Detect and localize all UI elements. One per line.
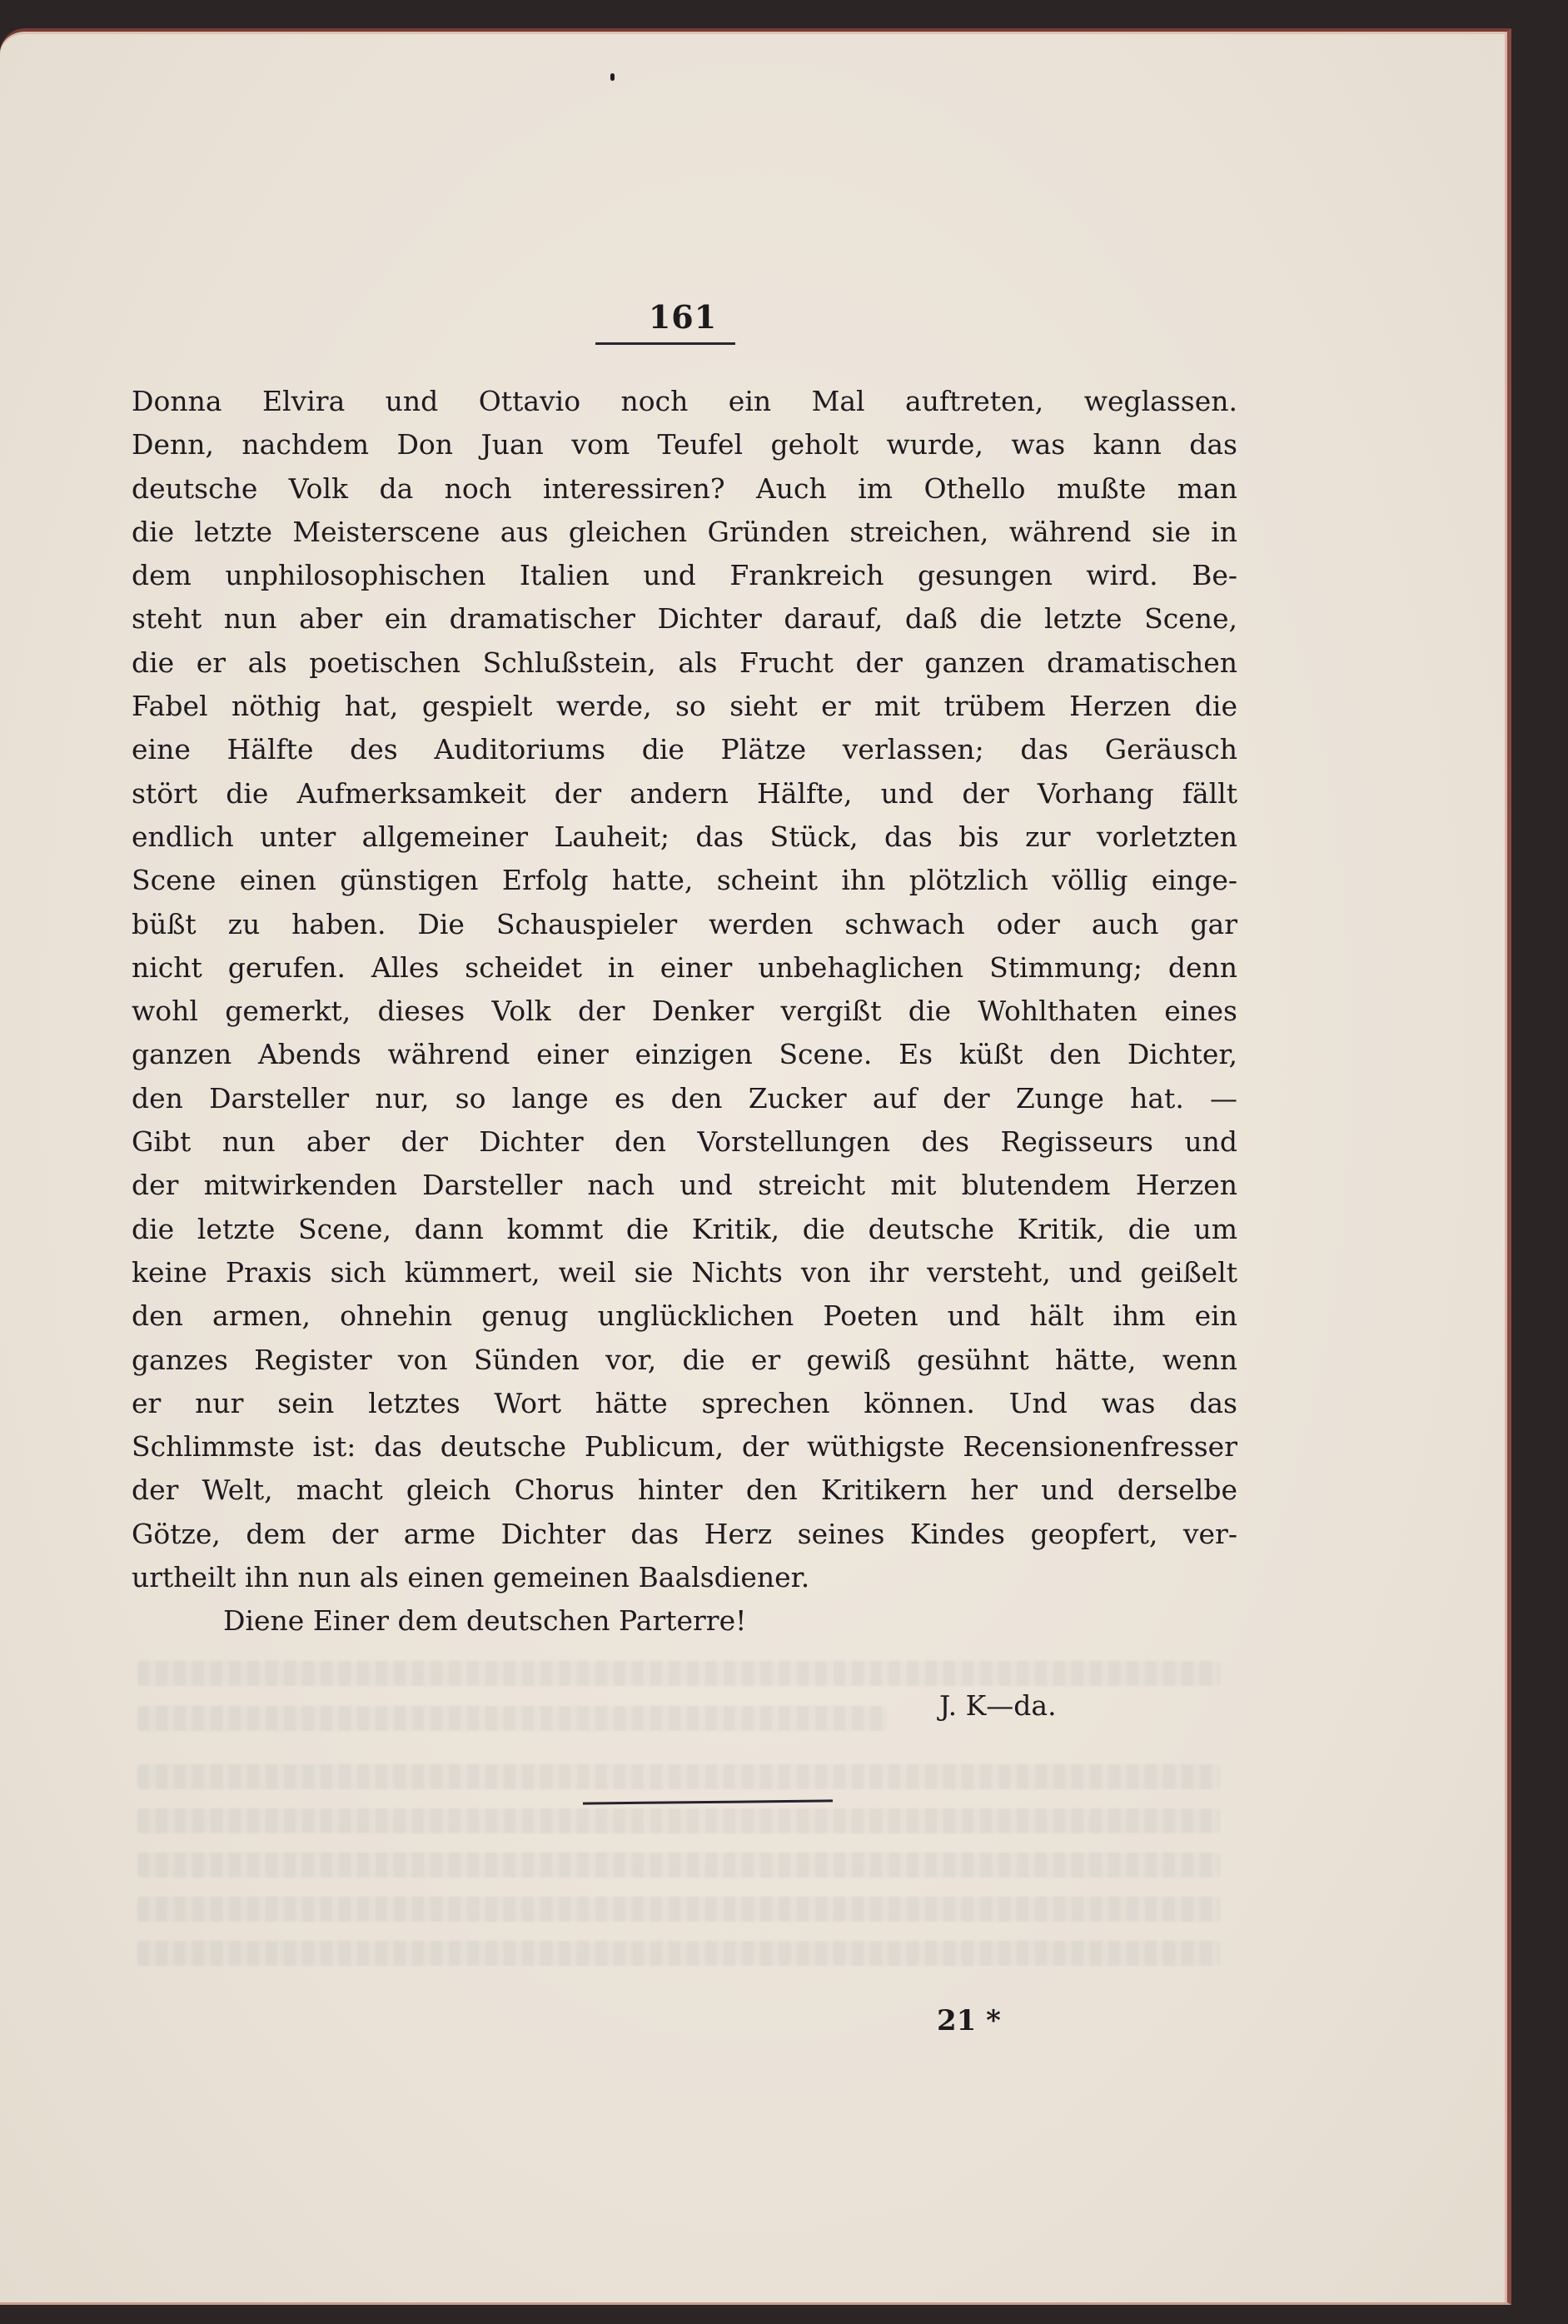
show-through-text	[137, 1808, 1220, 1833]
text-line: urtheilt ihn nun als einen gemeinen Baal…	[132, 1556, 1237, 1599]
text-line: eine Hälfte des Auditoriums die Plätze v…	[132, 728, 1237, 771]
closing-line: Diene Einer dem deutschen Parterre!	[132, 1599, 1237, 1643]
text-line: endlich unter allgemeiner Lauheit; das S…	[132, 815, 1237, 859]
show-through-text	[137, 1941, 1220, 1966]
text-line: der Welt, macht gleich Chorus hinter den…	[132, 1469, 1237, 1512]
text-line: Gibt nun aber der Dichter den Vorstellun…	[132, 1120, 1237, 1164]
text-line: die er als poetischen Schlußstein, als F…	[132, 641, 1237, 685]
text-line: Denn, nachdem Don Juan vom Teufel geholt…	[132, 423, 1237, 466]
text-line: büßt zu haben. Die Schauspieler werden s…	[132, 903, 1237, 946]
text-line: wohl gemerkt, dieses Volk der Denker ver…	[132, 990, 1237, 1033]
text-line: deutsche Volk da noch interessiren? Auch…	[132, 467, 1237, 511]
text-line: die letzte Scene, dann kommt die Kritik,…	[132, 1208, 1237, 1251]
page-number-rule	[595, 342, 735, 345]
show-through-text	[137, 1897, 1220, 1922]
author-signature: J. K—da.	[939, 1689, 1057, 1722]
sheet-signature-mark: 21 *	[937, 2004, 1001, 2037]
text-line: stört die Aufmerksamkeit der andern Hälf…	[132, 772, 1237, 815]
page-number: 161	[633, 298, 733, 336]
text-line: der mitwirkenden Darsteller nach und str…	[132, 1164, 1237, 1207]
section-end-rule	[583, 1799, 833, 1804]
text-line: dem unphilosophischen Italien und Frankr…	[132, 554, 1237, 597]
text-line: steht nun aber ein dramatischer Dichter …	[132, 597, 1237, 641]
text-line: Schlimmste ist: das deutsche Publicum, d…	[132, 1425, 1237, 1469]
show-through-text	[137, 1853, 1220, 1878]
show-through-text	[137, 1661, 1220, 1686]
text-line: Donna Elvira und Ottavio noch ein Mal au…	[132, 380, 1237, 423]
text-line: Scene einen günstigen Erfolg hatte, sche…	[132, 859, 1237, 902]
show-through-text	[137, 1706, 887, 1731]
text-line: den armen, ohnehin genug unglücklichen P…	[132, 1294, 1237, 1338]
text-line: keine Praxis sich kümmert, weil sie Nich…	[132, 1251, 1237, 1294]
body-text: Donna Elvira und Ottavio noch ein Mal au…	[132, 380, 1237, 1643]
text-line: ganzen Abends während einer einzigen Sce…	[132, 1033, 1237, 1076]
text-line: nicht gerufen. Alles scheidet in einer u…	[132, 946, 1237, 990]
text-line: Fabel nöthig hat, gespielt werde, so sie…	[132, 685, 1237, 728]
book-page: 161 Donna Elvira und Ottavio noch ein Ma…	[0, 28, 1511, 2305]
text-line: den Darsteller nur, so lange es den Zuck…	[132, 1077, 1237, 1120]
text-line: ganzes Register von Sünden vor, die er g…	[132, 1339, 1237, 1382]
text-line: Götze, dem der arme Dichter das Herz sei…	[132, 1513, 1237, 1556]
show-through-text	[137, 1764, 1220, 1789]
ink-speck	[610, 73, 615, 81]
text-line: er nur sein letztes Wort hätte sprechen …	[132, 1382, 1237, 1425]
text-line: die letzte Meisterscene aus gleichen Grü…	[132, 511, 1237, 554]
